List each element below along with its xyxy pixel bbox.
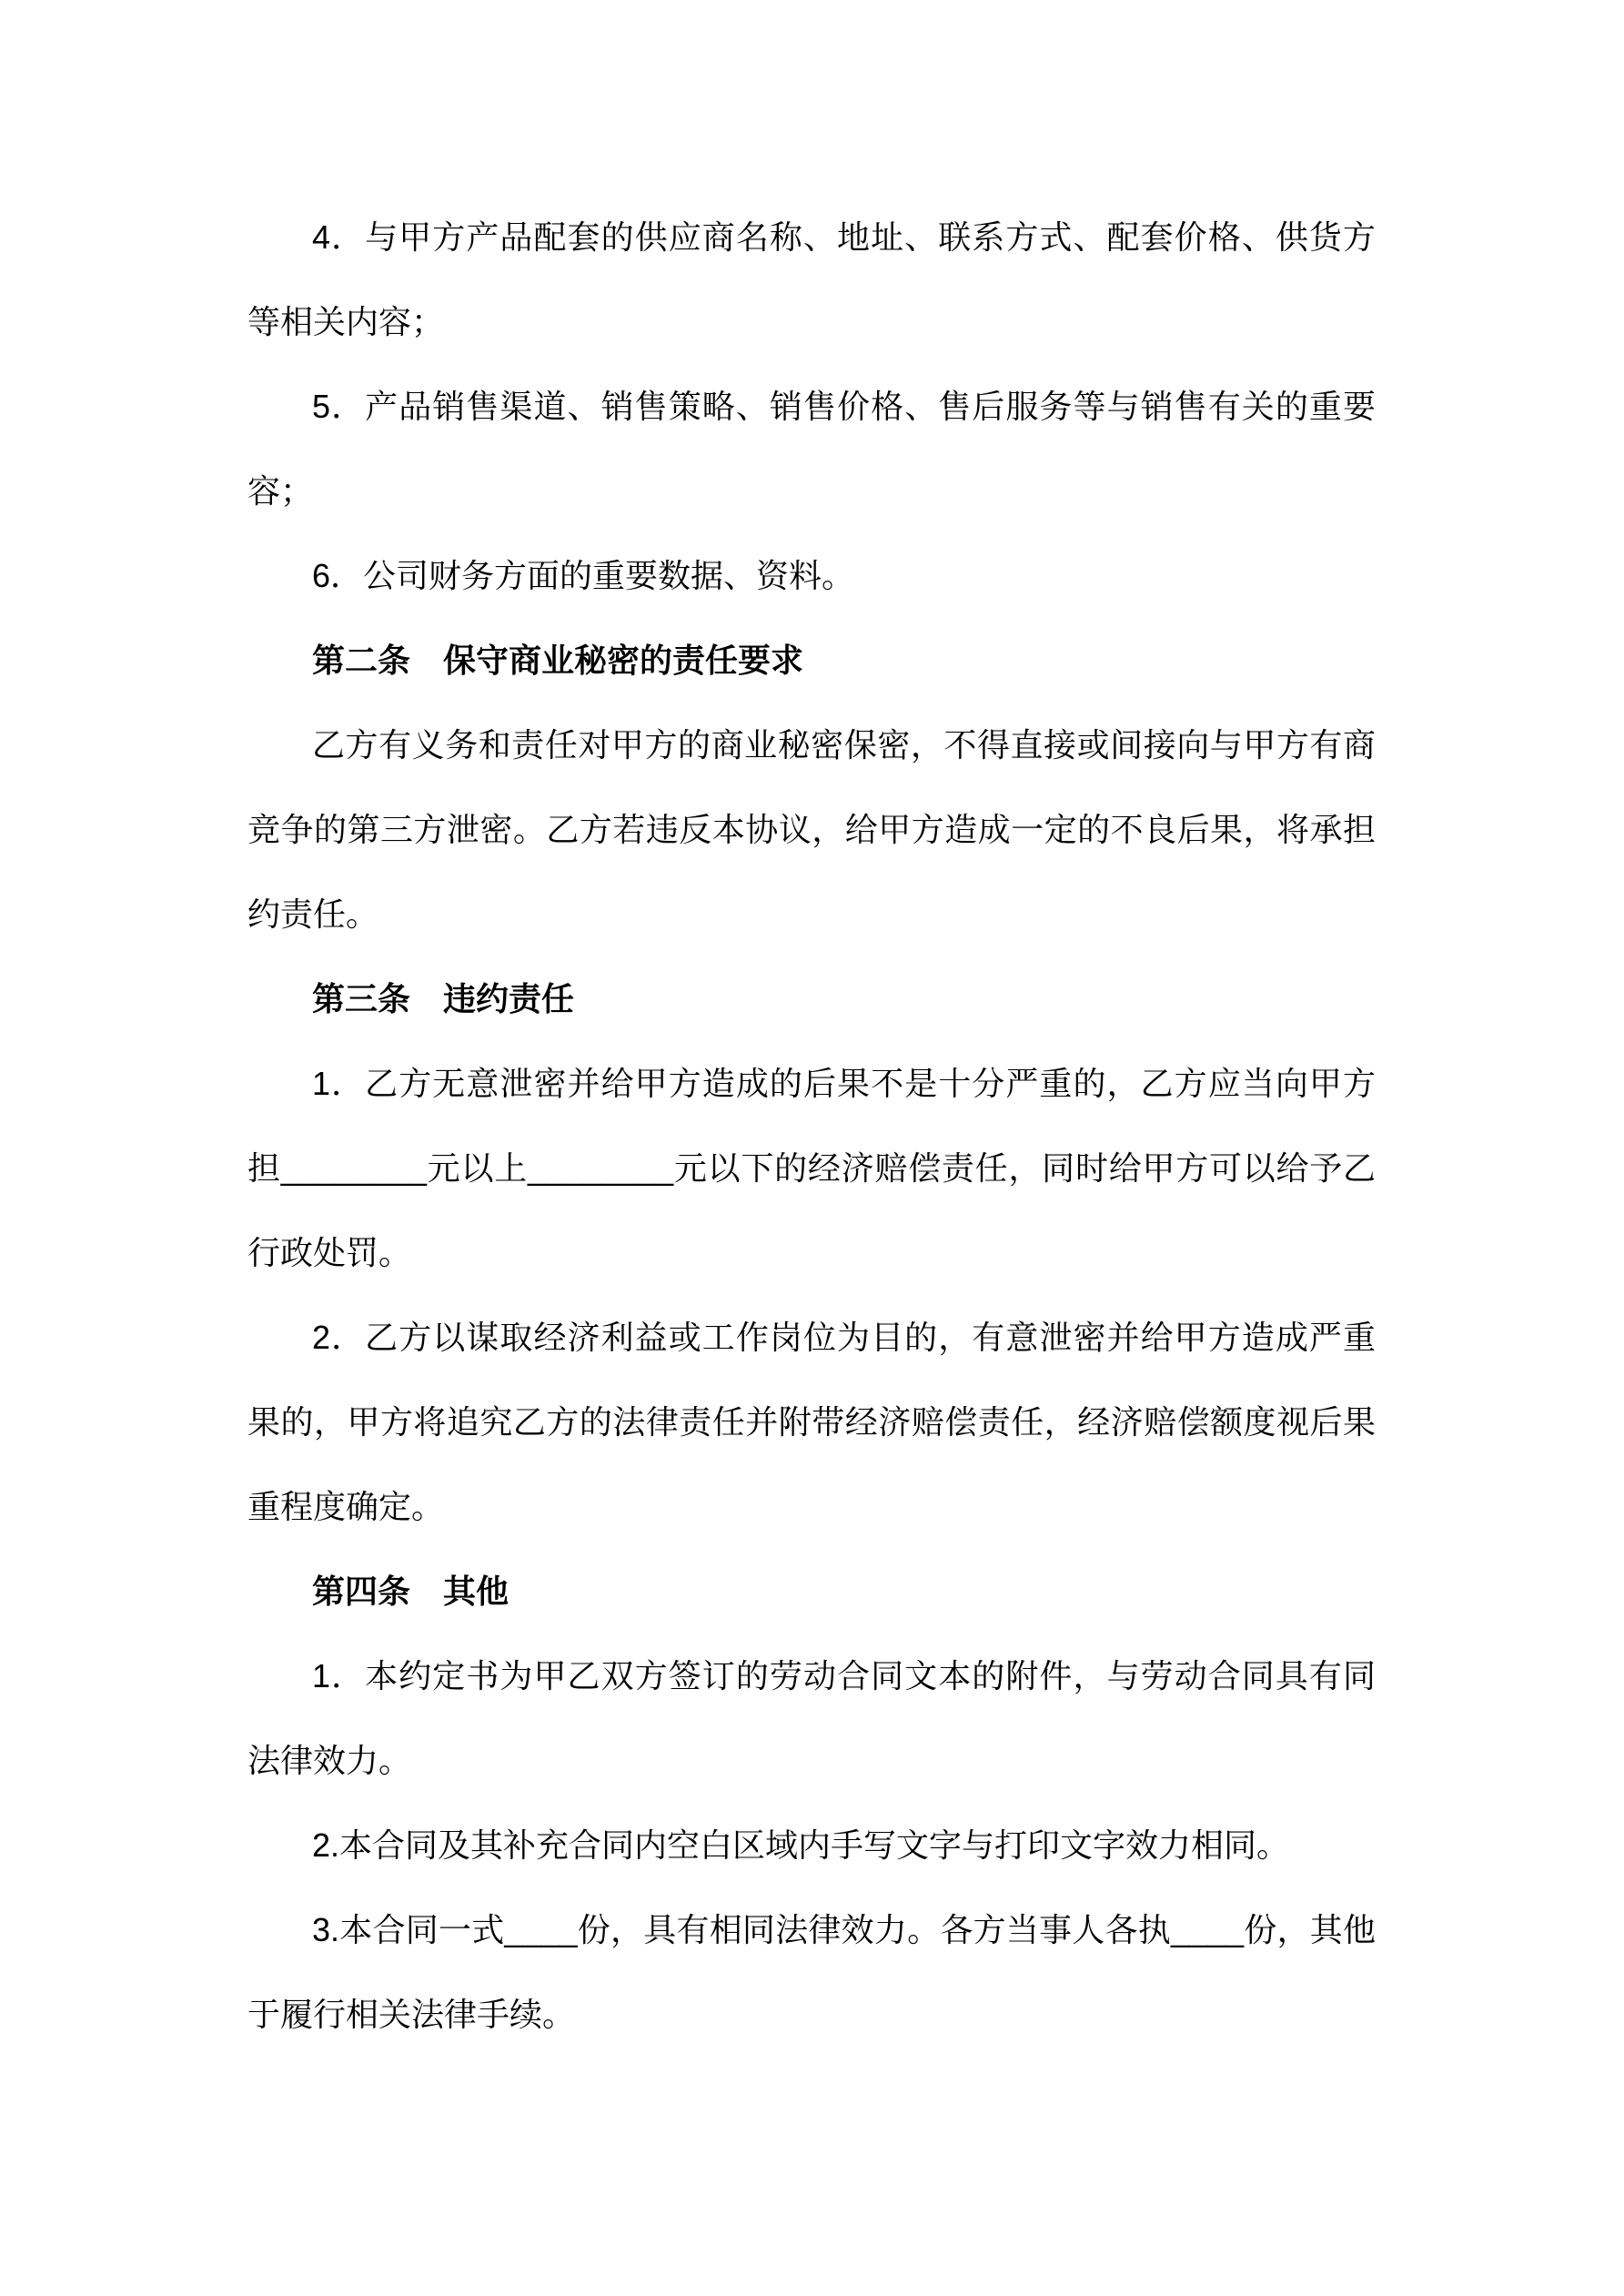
paragraph-line: 2．乙方以谋取经济利益或工作岗位为目的，有意泄密并给甲方造成严重后: [247, 1295, 1376, 1380]
paragraph-line: 5．产品销售渠道、销售策略、销售价格、售后服务等与销售有关的重要内: [247, 364, 1376, 449]
paragraph-line: 竞争的第三方泄密。乙方若违反本协议，给甲方造成一定的不良后果，将承担违: [247, 787, 1376, 872]
clause-heading: 第四条 其他: [247, 1549, 1376, 1633]
paragraph-line: 果的，甲方将追究乙方的法律责任并附带经济赔偿责任，经济赔偿额度视后果严: [247, 1380, 1376, 1464]
paragraph-line: 2.本合同及其补充合同内空白区域内手写文字与打印文字效力相同。: [247, 1803, 1376, 1887]
paragraph-line: 1．本约定书为甲乙双方签订的劳动合同文本的附件，与劳动合同具有同等: [247, 1633, 1376, 1718]
paragraph-line: 乙方有义务和责任对甲方的商业秘密保密，不得直接或间接向与甲方有商业: [247, 703, 1376, 787]
clause-heading: 第三条 违约责任: [247, 956, 1376, 1041]
paragraph-line: 约责任。: [247, 872, 1376, 956]
paragraph-line: 法律效力。: [247, 1718, 1376, 1803]
paragraph-line: 担________元以上________元以下的经济赔偿责任，同时给甲方可以给予…: [247, 1126, 1376, 1210]
paragraph-line: 于履行相关法律手续。: [247, 1972, 1376, 2057]
paragraph-line: 重程度确定。: [247, 1464, 1376, 1549]
contract-body: 4．与甲方产品配套的供应商名称、地址、联系方式、配套价格、供货方式等相关内容；5…: [247, 195, 1376, 2057]
paragraph-line: 3.本合同一式____份，具有相同法律效力。各方当事人各执____份，其他用: [247, 1887, 1376, 1972]
paragraph-line: 4．与甲方产品配套的供应商名称、地址、联系方式、配套价格、供货方式: [247, 195, 1376, 279]
paragraph-line: 等相关内容；: [247, 279, 1376, 364]
paragraph-line: 容；: [247, 449, 1376, 533]
clause-heading: 第二条 保守商业秘密的责任要求: [247, 618, 1376, 703]
paragraph-line: 行政处罚。: [247, 1210, 1376, 1295]
document-page: 4．与甲方产品配套的供应商名称、地址、联系方式、配套价格、供货方式等相关内容；5…: [0, 0, 1624, 2296]
paragraph-line: 6．公司财务方面的重要数据、资料。: [247, 533, 1376, 618]
paragraph-line: 1．乙方无意泄密并给甲方造成的后果不是十分严重的，乙方应当向甲方承: [247, 1041, 1376, 1126]
